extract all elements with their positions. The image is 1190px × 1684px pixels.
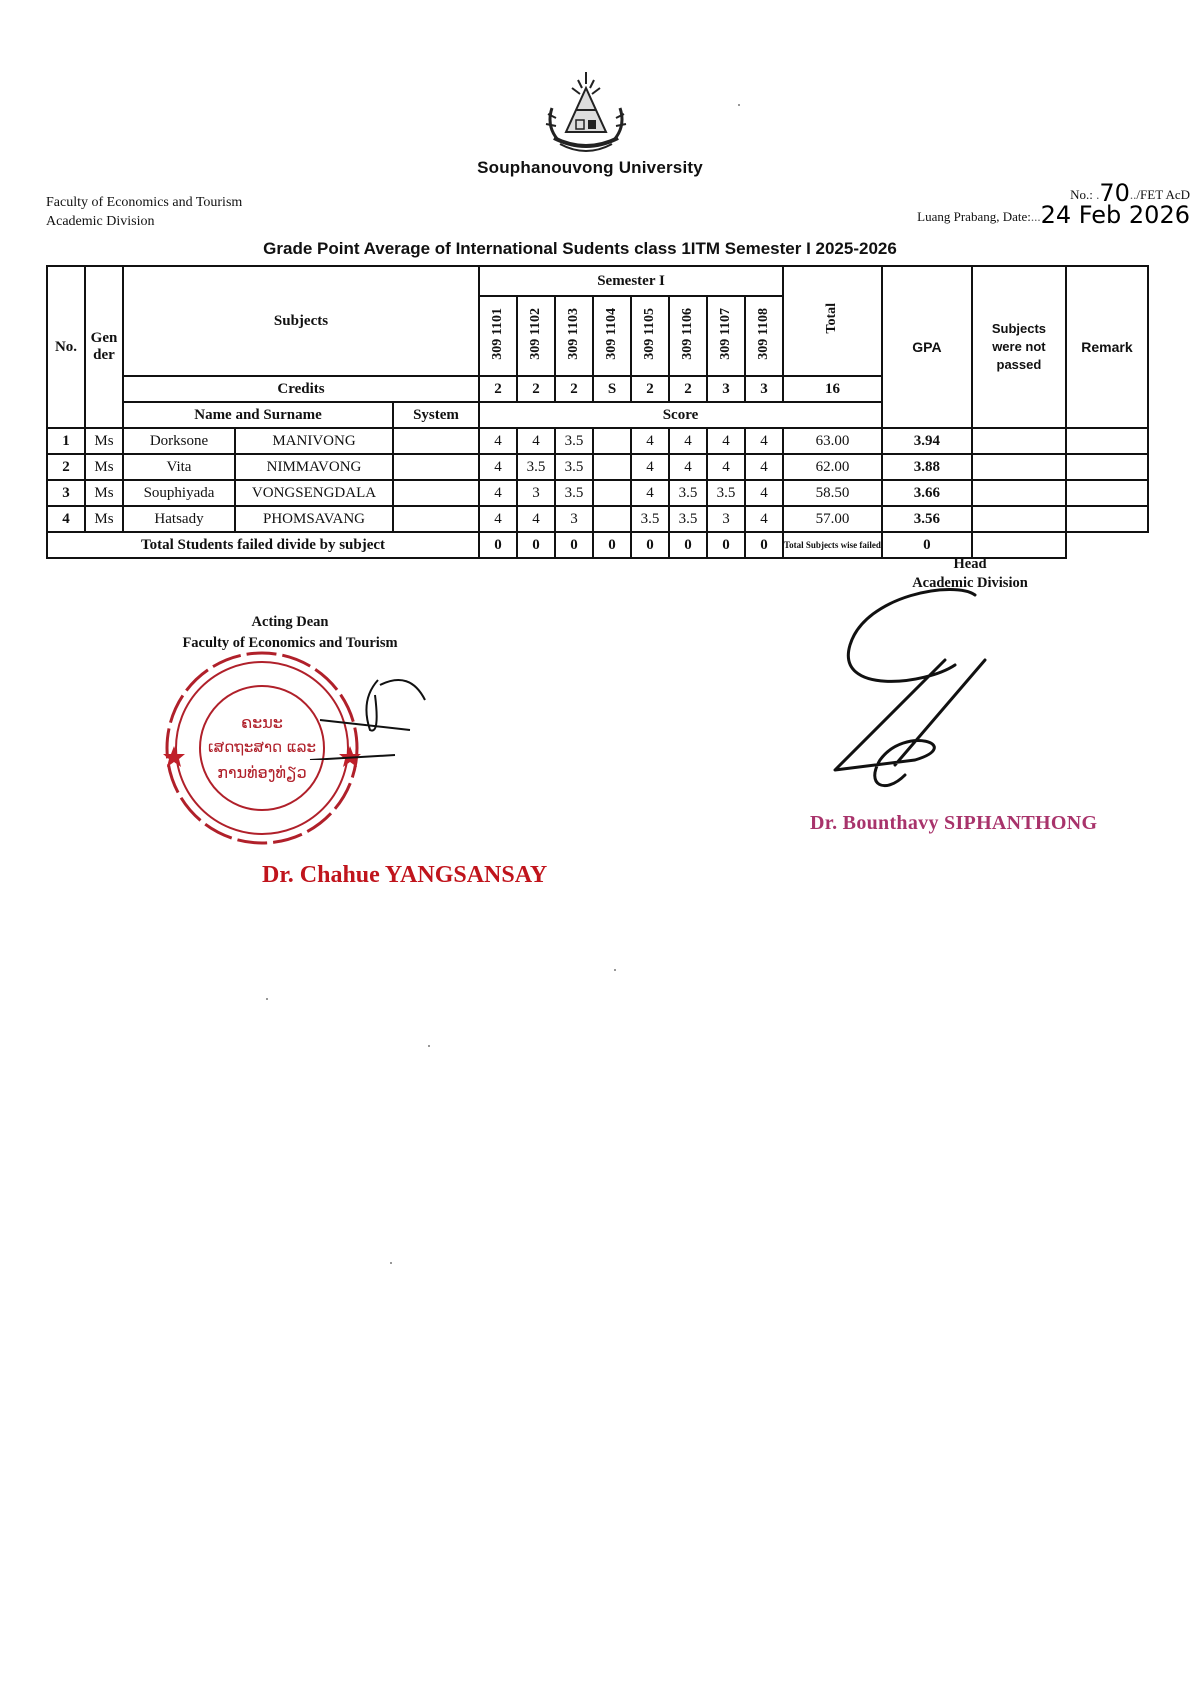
credit-value: 3 xyxy=(707,376,745,402)
row-gpa: 3.88 xyxy=(882,454,972,480)
row-score: 4 xyxy=(745,480,783,506)
row-gender: Ms xyxy=(85,454,123,480)
doc-no-label: No.: xyxy=(1070,187,1093,202)
credit-value: 2 xyxy=(555,376,593,402)
row-score: 4 xyxy=(631,454,669,480)
university-name: Souphanouvong University xyxy=(440,158,740,178)
faculty-name: Faculty of Economics and Tourism xyxy=(46,193,242,212)
student-row: 1MsDorksoneMANIVONG443.5444463.003.94 xyxy=(47,428,1148,454)
row-gpa: 3.56 xyxy=(882,506,972,532)
row-score xyxy=(593,480,631,506)
dean-name: Dr. Chahue YANGSANSAY xyxy=(262,862,547,889)
row-surname: VONGSENGDALA xyxy=(235,480,393,506)
header-remark: Remark xyxy=(1066,266,1148,428)
row-score: 4 xyxy=(517,506,555,532)
row-score: 3.5 xyxy=(669,506,707,532)
row-score: 4 xyxy=(669,428,707,454)
row-system xyxy=(393,506,479,532)
credit-value: 2 xyxy=(479,376,517,402)
header-gender: Gen der xyxy=(85,266,123,428)
row-score: 3.5 xyxy=(707,480,745,506)
row-no: 3 xyxy=(47,480,85,506)
faculty-info: Faculty of Economics and Tourism Academi… xyxy=(46,193,242,231)
header-semester: Semester I xyxy=(479,266,783,296)
document-date: Luang Prabang, Date:...24 Feb 2026 xyxy=(830,205,1190,227)
head-name: Dr. Bounthavy SIPHANTHONG xyxy=(810,812,1097,835)
row-surname: PHOMSAVANG xyxy=(235,506,393,532)
failed-count: 0 xyxy=(517,532,555,558)
subject-code-header: 309 1108 xyxy=(745,296,783,376)
header-no: No. xyxy=(47,266,85,428)
scan-speck xyxy=(266,998,268,1000)
row-score: 3.5 xyxy=(631,506,669,532)
svg-text:ຄະນະ: ຄະນະ xyxy=(241,713,283,732)
row-not-passed xyxy=(972,454,1066,480)
row-gender: Ms xyxy=(85,428,123,454)
row-score: 3 xyxy=(517,480,555,506)
failed-label: Total Students failed divide by subject xyxy=(47,532,479,558)
credit-value: 3 xyxy=(745,376,783,402)
row-remark xyxy=(1066,428,1148,454)
student-row: 2MsVitaNIMMAVONG43.53.5444462.003.88 xyxy=(47,454,1148,480)
row-score: 3.5 xyxy=(555,480,593,506)
row-first-name: Hatsady xyxy=(123,506,235,532)
row-score: 4 xyxy=(669,454,707,480)
scan-speck xyxy=(738,104,740,106)
scan-speck xyxy=(614,969,616,971)
row-score: 3 xyxy=(555,506,593,532)
row-not-passed xyxy=(972,506,1066,532)
right-title: Head xyxy=(880,555,1060,574)
failed-count: 0 xyxy=(745,532,783,558)
subject-code-header: 309 1105 xyxy=(631,296,669,376)
row-remark xyxy=(1066,454,1148,480)
failed-count: 0 xyxy=(707,532,745,558)
row-total: 57.00 xyxy=(783,506,882,532)
row-no: 1 xyxy=(47,428,85,454)
university-logo-icon xyxy=(538,70,634,160)
credits-label: Credits xyxy=(123,376,479,402)
svg-text:ການທ່ອງທ່ຽວ: ການທ່ອງທ່ຽວ xyxy=(217,763,306,782)
row-gpa: 3.66 xyxy=(882,480,972,506)
row-score: 3.5 xyxy=(555,428,593,454)
row-gender: Ms xyxy=(85,480,123,506)
score-label: Score xyxy=(479,402,882,428)
division-name: Academic Division xyxy=(46,212,242,231)
row-score: 4 xyxy=(479,480,517,506)
row-not-passed xyxy=(972,428,1066,454)
place-date-label: Luang Prabang, Date: xyxy=(917,209,1031,224)
row-score: 4 xyxy=(631,428,669,454)
row-surname: MANIVONG xyxy=(235,428,393,454)
failed-count: 0 xyxy=(669,532,707,558)
failed-count: 0 xyxy=(593,532,631,558)
row-score: 4 xyxy=(745,506,783,532)
row-gender: Ms xyxy=(85,506,123,532)
scan-speck xyxy=(390,1262,392,1264)
row-total: 62.00 xyxy=(783,454,882,480)
subject-code-header: 309 1103 xyxy=(555,296,593,376)
failed-count: 0 xyxy=(479,532,517,558)
total-failed-label: Total Subjects wise failed xyxy=(783,532,882,558)
credit-value: 2 xyxy=(631,376,669,402)
failed-count: 0 xyxy=(631,532,669,558)
header-subjects: Subjects xyxy=(123,266,479,376)
row-score xyxy=(593,428,631,454)
row-total: 63.00 xyxy=(783,428,882,454)
row-system xyxy=(393,454,479,480)
row-score: 3.5 xyxy=(555,454,593,480)
header-total: Total xyxy=(783,266,882,376)
row-score: 4 xyxy=(745,454,783,480)
row-remark xyxy=(1066,480,1148,506)
header-not-passed: Subjects were not passed xyxy=(972,266,1066,428)
row-system xyxy=(393,480,479,506)
row-first-name: Dorksone xyxy=(123,428,235,454)
subject-code-header: 309 1102 xyxy=(517,296,555,376)
subject-code-header: 309 1101 xyxy=(479,296,517,376)
gpa-table: No. Gen der Subjects Semester I Total GP… xyxy=(46,265,1149,559)
row-score xyxy=(593,454,631,480)
student-row: 4MsHatsadyPHOMSAVANG4433.53.53457.003.56 xyxy=(47,506,1148,532)
row-gpa: 3.94 xyxy=(882,428,972,454)
row-score: 3.5 xyxy=(669,480,707,506)
row-not-passed xyxy=(972,480,1066,506)
row-system xyxy=(393,428,479,454)
row-score: 4 xyxy=(707,454,745,480)
failed-count: 0 xyxy=(555,532,593,558)
date-value: 24 Feb 2026 xyxy=(1041,201,1190,229)
credits-total: 16 xyxy=(783,376,882,402)
row-score: 4 xyxy=(631,480,669,506)
name-surname-label: Name and Surname xyxy=(123,402,393,428)
row-score: 4 xyxy=(479,428,517,454)
row-score: 4 xyxy=(479,506,517,532)
row-remark xyxy=(1066,506,1148,532)
row-no: 4 xyxy=(47,506,85,532)
credit-value: S xyxy=(593,376,631,402)
row-score: 4 xyxy=(745,428,783,454)
row-score: 3.5 xyxy=(517,454,555,480)
row-surname: NIMMAVONG xyxy=(235,454,393,480)
subject-code-header: 309 1106 xyxy=(669,296,707,376)
document-title: Grade Point Average of International Sud… xyxy=(180,239,980,259)
subject-code-header: 309 1107 xyxy=(707,296,745,376)
row-first-name: Vita xyxy=(123,454,235,480)
row-total: 58.50 xyxy=(783,480,882,506)
scan-speck xyxy=(428,1045,430,1047)
row-first-name: Souphiyada xyxy=(123,480,235,506)
head-signature-icon xyxy=(825,585,1025,790)
credit-value: 2 xyxy=(517,376,555,402)
row-score: 4 xyxy=(517,428,555,454)
dean-signature-icon xyxy=(300,660,430,760)
row-score: 3 xyxy=(707,506,745,532)
credit-value: 2 xyxy=(669,376,707,402)
row-score: 4 xyxy=(479,454,517,480)
subject-code-header: 309 1104 xyxy=(593,296,631,376)
row-score xyxy=(593,506,631,532)
doc-no-suffix: /FET AcD xyxy=(1136,187,1190,202)
system-label: System xyxy=(393,402,479,428)
row-no: 2 xyxy=(47,454,85,480)
row-score: 4 xyxy=(707,428,745,454)
student-row: 3MsSouphiyadaVONGSENGDALA433.543.53.5458… xyxy=(47,480,1148,506)
header-gpa: GPA xyxy=(882,266,972,428)
left-title: Acting Dean xyxy=(150,612,430,633)
document-reference: No.: .70../FET AcD Luang Prabang, Date:.… xyxy=(830,183,1190,227)
